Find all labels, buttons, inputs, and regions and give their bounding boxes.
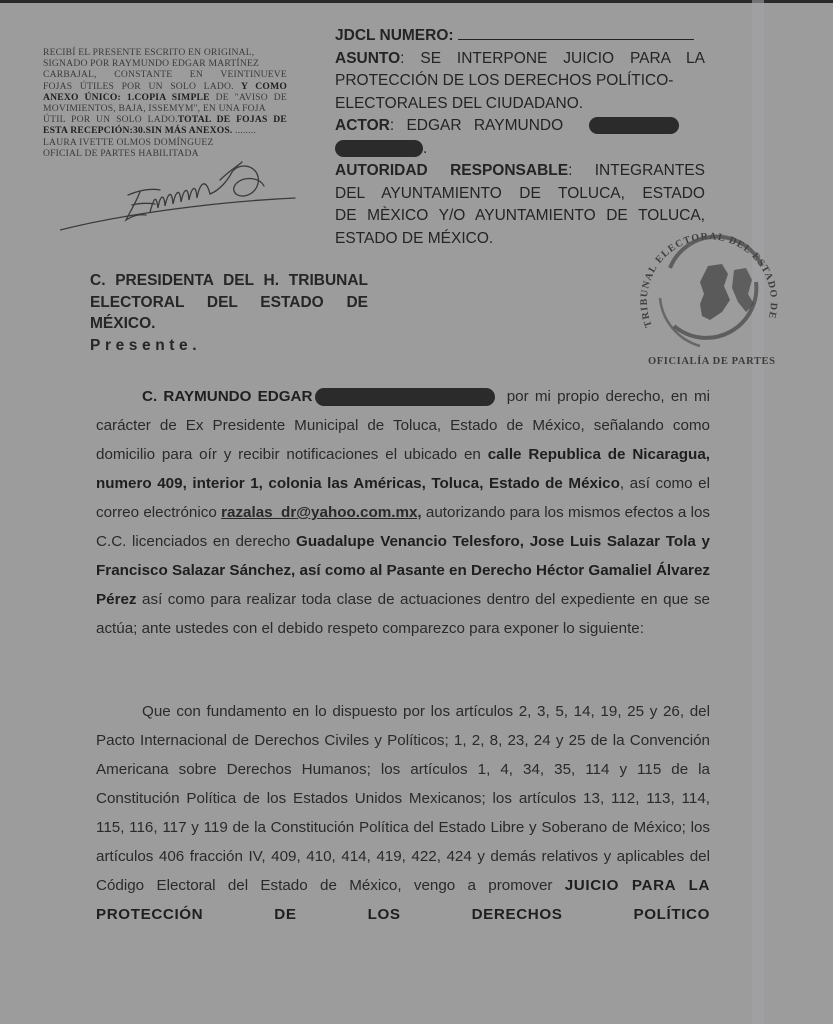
actor-name: : EDGAR RAYMUNDO: [390, 117, 563, 134]
reception-stamp: RECIBÍ EL PRESENTE ESCRITO EN ORIGINAL, …: [43, 47, 287, 159]
redaction-bar: [589, 117, 679, 134]
jdcl-number-row: JDCL NUMERO:: [335, 25, 705, 48]
asunto-line: PROTECCIÓN DE LOS DERECHOS POLÍTICO-: [335, 70, 705, 93]
reception-line: ESTA RECEPCIÓN:30.SIN MÁS ANEXOS. ......…: [43, 125, 287, 136]
redaction-bar: [335, 140, 423, 157]
autoridad-line: DEL AYUNTAMIENTO DE TOLUCA, ESTADO: [335, 183, 705, 206]
reception-line: CARBAJAL, CONSTANTE EN VEINTINUEVE: [43, 69, 287, 80]
paragraph-intro: C. RAYMUNDO EDGAR por mi propio derecho,…: [96, 382, 710, 643]
reception-line: ÚTIL POR UN SOLO LADO.TOTAL DE FOJAS DE: [43, 114, 287, 125]
reception-line: RECIBÍ EL PRESENTE ESCRITO EN ORIGINAL,: [43, 47, 287, 58]
official-name: LAURA IVETTE OLMOS DOMÍNGUEZ: [43, 137, 287, 148]
seal-caption: OFICIALÍA DE PARTES: [648, 356, 776, 367]
addressee-line: ELECTORAL DEL ESTADO DE: [90, 292, 368, 314]
redaction-bar: [315, 388, 495, 406]
addressee-block: C. PRESIDENTA DEL H. TRIBUNAL ELECTORAL …: [90, 270, 368, 356]
autoridad-label: AUTORIDAD RESPONSABLE: [335, 162, 568, 179]
autoridad-row: AUTORIDAD RESPONSABLE: INTEGRANTES: [335, 160, 705, 183]
presente: Presente.: [90, 335, 368, 357]
paragraph-legal-basis: Que con fundamento en lo dispuesto por l…: [96, 697, 710, 929]
reception-line: ANEXO ÚNICO: 1.COPIA SIMPLE DE "AVISO DE: [43, 92, 287, 103]
email-link[interactable]: razalas_dr@yahoo.com.mx,: [221, 504, 422, 521]
petitioner-name: C. RAYMUNDO EDGAR: [142, 388, 313, 405]
asunto-label: ASUNTO: [335, 50, 400, 67]
jdcl-label: JDCL NUMERO:: [335, 27, 454, 44]
asunto-row: ASUNTO: SE INTERPONE JUICIO PARA LA: [335, 48, 705, 71]
addressee-line: MÉXICO.: [90, 313, 368, 335]
signature-icon: [60, 160, 300, 235]
actor-row-cont: .: [335, 138, 705, 161]
tribunal-seal-icon: TRIBUNAL ELECTORAL DEL ESTADO DE MÉXICO: [630, 208, 790, 358]
jdcl-number-blank: [458, 25, 694, 40]
document-page: RECIBÍ EL PRESENTE ESCRITO EN ORIGINAL, …: [0, 0, 833, 1024]
reception-line: MOVIMIENTOS, BAJA, ISSEMYM", EN UNA FOJA: [43, 103, 287, 114]
reception-line: FOJAS ÚTILES POR UN SOLO LADO. Y COMO: [43, 81, 287, 92]
addressee-line: C. PRESIDENTA DEL H. TRIBUNAL: [90, 270, 368, 292]
asunto-line: ELECTORALES DEL CIUDADANO.: [335, 93, 705, 116]
actor-label: ACTOR: [335, 117, 390, 134]
actor-row: ACTOR: EDGAR RAYMUNDO: [335, 115, 705, 138]
reception-line: SIGNADO POR RAYMUNDO EDGAR MARTÍNEZ: [43, 58, 287, 69]
official-title: OFICIAL DE PARTES HABILITADA: [43, 148, 287, 159]
